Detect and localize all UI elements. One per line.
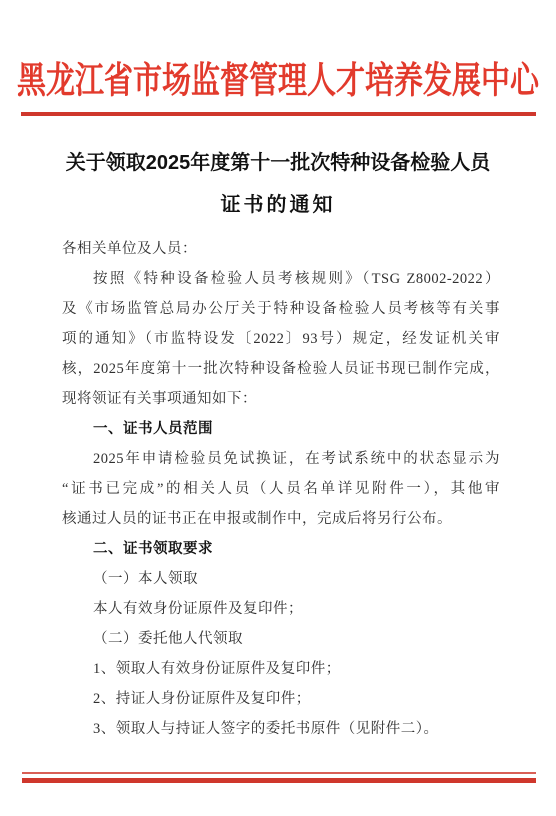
doc-title-line1: 关于领取2025年度第十一批次特种设备检验人员 <box>0 146 556 175</box>
salutation: 各相关单位及人员： <box>62 234 500 264</box>
body-line: 项的通知》（市监特设发〔2022〕93号）规定，经发证机关审 <box>62 324 500 354</box>
header-double-rule <box>21 112 536 116</box>
body-line: 现将领证有关事项通知如下： <box>62 384 500 414</box>
body-line: 1、领取人有效身份证原件及复印件； <box>62 654 500 684</box>
body-line: 及《市场监管总局办公厅关于特种设备检验人员考核等有关事 <box>62 294 500 324</box>
body-line: 本人有效身份证原件及复印件； <box>62 594 500 624</box>
body-line: 核通过人员的证书正在申报或制作中，完成后将另行公布。 <box>62 504 500 534</box>
body-line: （一）本人领取 <box>62 564 500 594</box>
body-line: 2025年申请检验员免试换证，在考试系统中的状态显示为 <box>62 444 500 474</box>
body-line: 2、持证人身份证原件及复印件； <box>62 684 500 714</box>
document-page: 黑龙江省市场监督管理人才培养发展中心 关于领取2025年度第十一批次特种设备检验… <box>0 0 556 816</box>
document-body: 各相关单位及人员： 按照《特种设备检验人员考核规则》（TSG Z8002-202… <box>62 234 500 744</box>
body-line: 按照《特种设备检验人员考核规则》（TSG Z8002-2022） <box>62 264 500 294</box>
body-line: 3、领取人与持证人签字的委托书原件（见附件二）。 <box>62 714 500 744</box>
footer-rule-thick <box>22 778 536 783</box>
section-heading-1: 一、证书人员范围 <box>62 414 500 444</box>
body-line: （二）委托他人代领取 <box>62 624 500 654</box>
body-line: 核，2025年度第十一批次特种设备检验人员证书现已制作完成， <box>62 354 500 384</box>
org-name-header: 黑龙江省市场监督管理人才培养发展中心 <box>0 52 556 110</box>
body-line: “证书已完成”的相关人员（人员名单详见附件一），其他审 <box>62 474 500 504</box>
footer-rule-thin <box>22 772 536 774</box>
section-heading-2: 二、证书领取要求 <box>62 534 500 564</box>
doc-title-line2: 证书的通知 <box>0 188 556 217</box>
